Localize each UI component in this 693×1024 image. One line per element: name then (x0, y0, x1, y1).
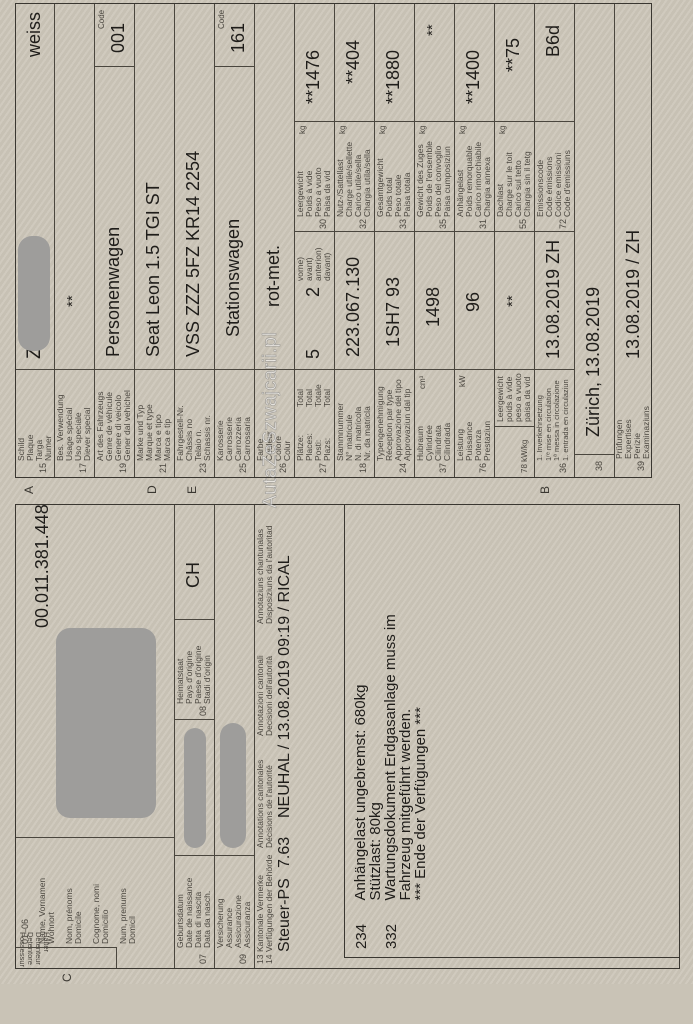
section-letter-a: A (22, 486, 36, 494)
field-number: 25 (238, 463, 248, 473)
first-registration-value: 13.08.2019 ZH (543, 240, 564, 359)
field-number: 31 (478, 219, 488, 229)
color-value: rot-met. (263, 245, 284, 307)
seats-total-label: Total Total Totale Total (296, 384, 332, 407)
remark-code: 332 (383, 905, 400, 949)
first-registration-label: 1. Inverkehrsetzung 1ʳᵉ mise en circulat… (536, 379, 570, 461)
total-weight-value: **1880 (383, 50, 404, 104)
train-weight-label: Gewicht des Zuges Poids de l'ensemble Pe… (416, 141, 452, 217)
row-chassis: 23 Fahrgestell-Nr. Châssis no Telaio n. … (174, 4, 215, 477)
origin-value: CH (183, 562, 204, 588)
usage-label: Bes. Verwendung Usage spécial Uso specia… (56, 394, 92, 461)
unit-kg: kg (418, 126, 427, 134)
field-number: 35 (438, 219, 448, 229)
origin-label: Heimatstaat Pays d'origine Paese d'origi… (176, 646, 212, 704)
row-usage: 17 Bes. Verwendung Usage spécial Uso spe… (54, 4, 95, 477)
field-number: 32 (358, 219, 368, 229)
cantonal-remarks-label-fr: Annotations cantonales Décisions de l'au… (256, 760, 274, 848)
row-birth-origin: 07 Geburtsdatum Date de naissance Data d… (174, 505, 215, 968)
seats-front-label: vorne) avant) anterion) davant) (296, 247, 332, 281)
field-number: 23 (198, 463, 208, 473)
code-label: Code (97, 10, 106, 29)
matriculation-value: 223.067.130 (343, 257, 364, 357)
remark-234: 234 Anhängelast ungebremst: 680kg Stützl… (353, 685, 385, 949)
field-number: 33 (398, 219, 408, 229)
vehicle-type-label: Art des Fahrzeugs Genre de véhicule Gene… (96, 390, 132, 461)
total-weight-label: Gesamtgewicht Poids total Peso totale Pa… (376, 158, 412, 217)
roof-load-value: **75 (503, 38, 524, 72)
trailer-load-label: Anhängelast Poids remorquable Carico rim… (456, 142, 492, 217)
remarks-box: 234 Anhängelast ungebremst: 680kg Stützl… (344, 504, 680, 958)
vehicle-type-code: 001 (108, 23, 129, 53)
displacement-label: Hubraum Cylindrée Cilindrata Cilindrada (416, 423, 452, 461)
redacted-holder-name (56, 628, 156, 818)
remark-line: *** Ende der Verfügungen *** (412, 707, 429, 900)
field-number: 30 (318, 219, 328, 229)
type-approval-value: 1SH7 93 (383, 277, 404, 347)
inspection-label: Prüfungen Expertises Perizie Examinaziun… (615, 406, 651, 459)
field-number: 36 (558, 463, 568, 473)
displacement-value: 1498 (423, 287, 444, 327)
empty-weight-value: **1476 (303, 50, 324, 104)
field-number: 55 (518, 219, 528, 229)
row-inspection: 39 Prüfungen Expertises Perizie Examinaz… (614, 4, 651, 477)
unit-cm3: cm³ (418, 376, 427, 389)
birth-date-label: Geburtsdatum Date de naissance Data di n… (176, 878, 212, 948)
cantonal-remarks-label-it: Annotazioni cantonali Decisioni dell'aut… (256, 655, 274, 736)
matriculation-label: Stammnummer N° matricule N. di matricola… (336, 403, 372, 461)
roof-load-label: Dachlast Charge sur le toit Carico sul t… (496, 151, 532, 217)
power-label: Leistung Puissance Potenza Prestaziun (456, 421, 492, 461)
unit-kg: kg (338, 126, 347, 134)
seats-total-value: 5 (303, 349, 324, 359)
emission-code-value: B6d (543, 25, 564, 57)
vehicle-type-value: Personenwagen (103, 227, 124, 357)
power-value: 96 (463, 292, 484, 312)
tax-hp-value: 7.63 (276, 837, 294, 868)
weight-row: 30 Leergewicht Poids à vide Peso a vuoto… (294, 4, 335, 232)
body-value: Stationswagen (223, 219, 244, 337)
chassis-number-value: VSS ZZZ 5FZ KR14 2254 (183, 151, 204, 357)
field-number: 37 (438, 463, 448, 473)
seats-front-value: 2 (303, 287, 324, 297)
field-number: 19 (118, 463, 128, 473)
type-approval-label: Typengenehmigung Réception par type Appr… (376, 379, 412, 461)
inspection-value: 13.08.2019 / ZH (623, 230, 644, 359)
payload-value: **404 (343, 40, 364, 84)
row-holder-name: 01–06 Name, Vornamen Wohnort Nom, prénom… (16, 505, 175, 968)
weight-row: 33 Gesamtgewicht Poids total Peso totale… (374, 4, 415, 232)
row-plate: 15 Schild Plaque Targa Numer ZH weiss (16, 4, 55, 477)
make-model-label: Marke und Typ Marque et type Marca e tip… (136, 404, 172, 461)
holder-panel: Halter Détenteur Detentore Possessur 01–… (15, 504, 680, 969)
cantonal-remarks-label: Kantonale Vermerke Verfügungen der Behör… (256, 855, 274, 952)
plate-label: Schild Plaque Targa Numer (17, 435, 53, 461)
row-place-date: 38 Zürich, 13.08.2019 (574, 4, 615, 477)
field-number: 72 (558, 219, 568, 229)
unit-kg: kg (298, 126, 307, 134)
empty-weight-label: Leergewicht Poids à vide Peso a vuoto Pa… (296, 167, 332, 217)
field-number: 07 (198, 954, 208, 964)
chassis-label: Fahrgestell-Nr. Châssis no Telaio n. Sch… (176, 405, 212, 461)
field-number: 76 (478, 463, 488, 473)
cantonal-remarks-label-rm: Annotaziuns chantunalas Disposiziuns da … (256, 526, 274, 624)
insurance-label: Versicherung Assurance Assicurazione Ass… (216, 895, 252, 948)
unit-kw: kW (458, 375, 467, 387)
section-letter-b: B (538, 486, 552, 494)
vehicle-registration-document: 15 Schild Plaque Targa Numer ZH weiss 17… (0, 0, 693, 1024)
train-weight-value: ** (424, 24, 441, 36)
field-number: 18 (358, 463, 368, 473)
redacted-insurance (220, 723, 246, 848)
trailer-load-value: **1400 (463, 50, 484, 104)
weight-row: 55 Dachlast Charge sur le toit Carico su… (494, 4, 535, 232)
field-number: 21 (158, 463, 168, 473)
weight-row: 35 Gewicht des Zuges Poids de l'ensemble… (414, 4, 455, 232)
section-letter-d: D (145, 485, 159, 494)
field-number: 13 14 (256, 955, 274, 964)
remark-332: 332 Wartungsdokument Erdgasanlage muss i… (383, 614, 430, 949)
row-vehicle-type: 19 Art des Fahrzeugs Genre de véhicule G… (94, 4, 135, 477)
body-label: Karosserie Carrosserie Carrozzeria Carro… (216, 417, 252, 461)
unit-kg: kg (498, 126, 507, 134)
row-body: 25 Karosserie Carrosserie Carrozzeria Ca… (214, 4, 255, 477)
registration-stamp: NEUHAL / 13.08.2019 09:19 / RICAL (276, 555, 294, 818)
field-number: 24 (398, 463, 408, 473)
document-paper: 15 Schild Plaque Targa Numer ZH weiss 17… (0, 0, 693, 984)
tax-hp-label: Steuer-PS (276, 878, 294, 952)
row-make-model: 21 Marke und Typ Marque et type Marca e … (134, 4, 175, 477)
make-model-value: Seat Leon 1.5 TGI ST (143, 182, 164, 357)
seats-label: Plätze: Places: Posti: Plazs: (296, 433, 332, 461)
kw-kg-value: ** (504, 295, 521, 307)
field-number: 39 (636, 461, 646, 471)
redacted-plate (18, 236, 50, 351)
section-letter-c: C (60, 973, 74, 982)
weight-row: 32 Nutz-/Sattellast Charge utile/sellett… (334, 4, 375, 232)
emission-code-label: Emissionscode Code émissions Codice emis… (536, 150, 572, 217)
field-number: 08 (198, 706, 208, 716)
plate-color-value: weiss (24, 12, 45, 57)
field-number: 27 (318, 463, 328, 473)
unit-kg: kg (378, 126, 387, 134)
unit-kg: kg (458, 126, 467, 134)
weight-cells: 30 Leergewicht Poids à vide Peso a vuoto… (294, 4, 574, 232)
redacted-birth-date (184, 728, 206, 848)
watermark: AutaZeSzwajcarii.pl (260, 332, 282, 508)
weight-row: 31 Anhängelast Poids remorquable Carico … (454, 4, 495, 232)
holder-number: 00.011.381.448 (32, 504, 53, 628)
weights-grid: 27 Plätze: Places: Posti: Plazs: Total T… (294, 4, 574, 477)
field-number: 01–06 (20, 919, 30, 944)
holder-name-label: Name, Vornamen Wohnort Nom, prénoms Domi… (38, 878, 137, 944)
kw-kg-label: Leergewicht poids à vide peso a vuoto pa… (496, 373, 532, 422)
code-label: Code (217, 10, 226, 29)
field-number: 15 (38, 463, 48, 473)
field-number: 09 (238, 954, 248, 964)
weight-row: 72 Emissionscode Code émissions Codice e… (534, 4, 575, 232)
vehicle-data-panel: 15 Schild Plaque Targa Numer ZH weiss 17… (15, 3, 652, 478)
body-code: 161 (228, 23, 249, 53)
usage-value: ** (64, 295, 81, 307)
field-number: 17 (78, 463, 88, 473)
place-date-value: Zürich, 13.08.2019 (583, 287, 604, 437)
field-number: 38 (594, 461, 604, 471)
section-letter-e: E (185, 486, 199, 494)
payload-label: Nutz-/Sattellast Charge utile/sellette C… (336, 142, 372, 217)
row-insurance: 09 Versicherung Assurance Assicurazione … (214, 505, 255, 968)
remark-code: 234 (353, 905, 370, 949)
field-number: 78 kW/kg (520, 440, 529, 473)
